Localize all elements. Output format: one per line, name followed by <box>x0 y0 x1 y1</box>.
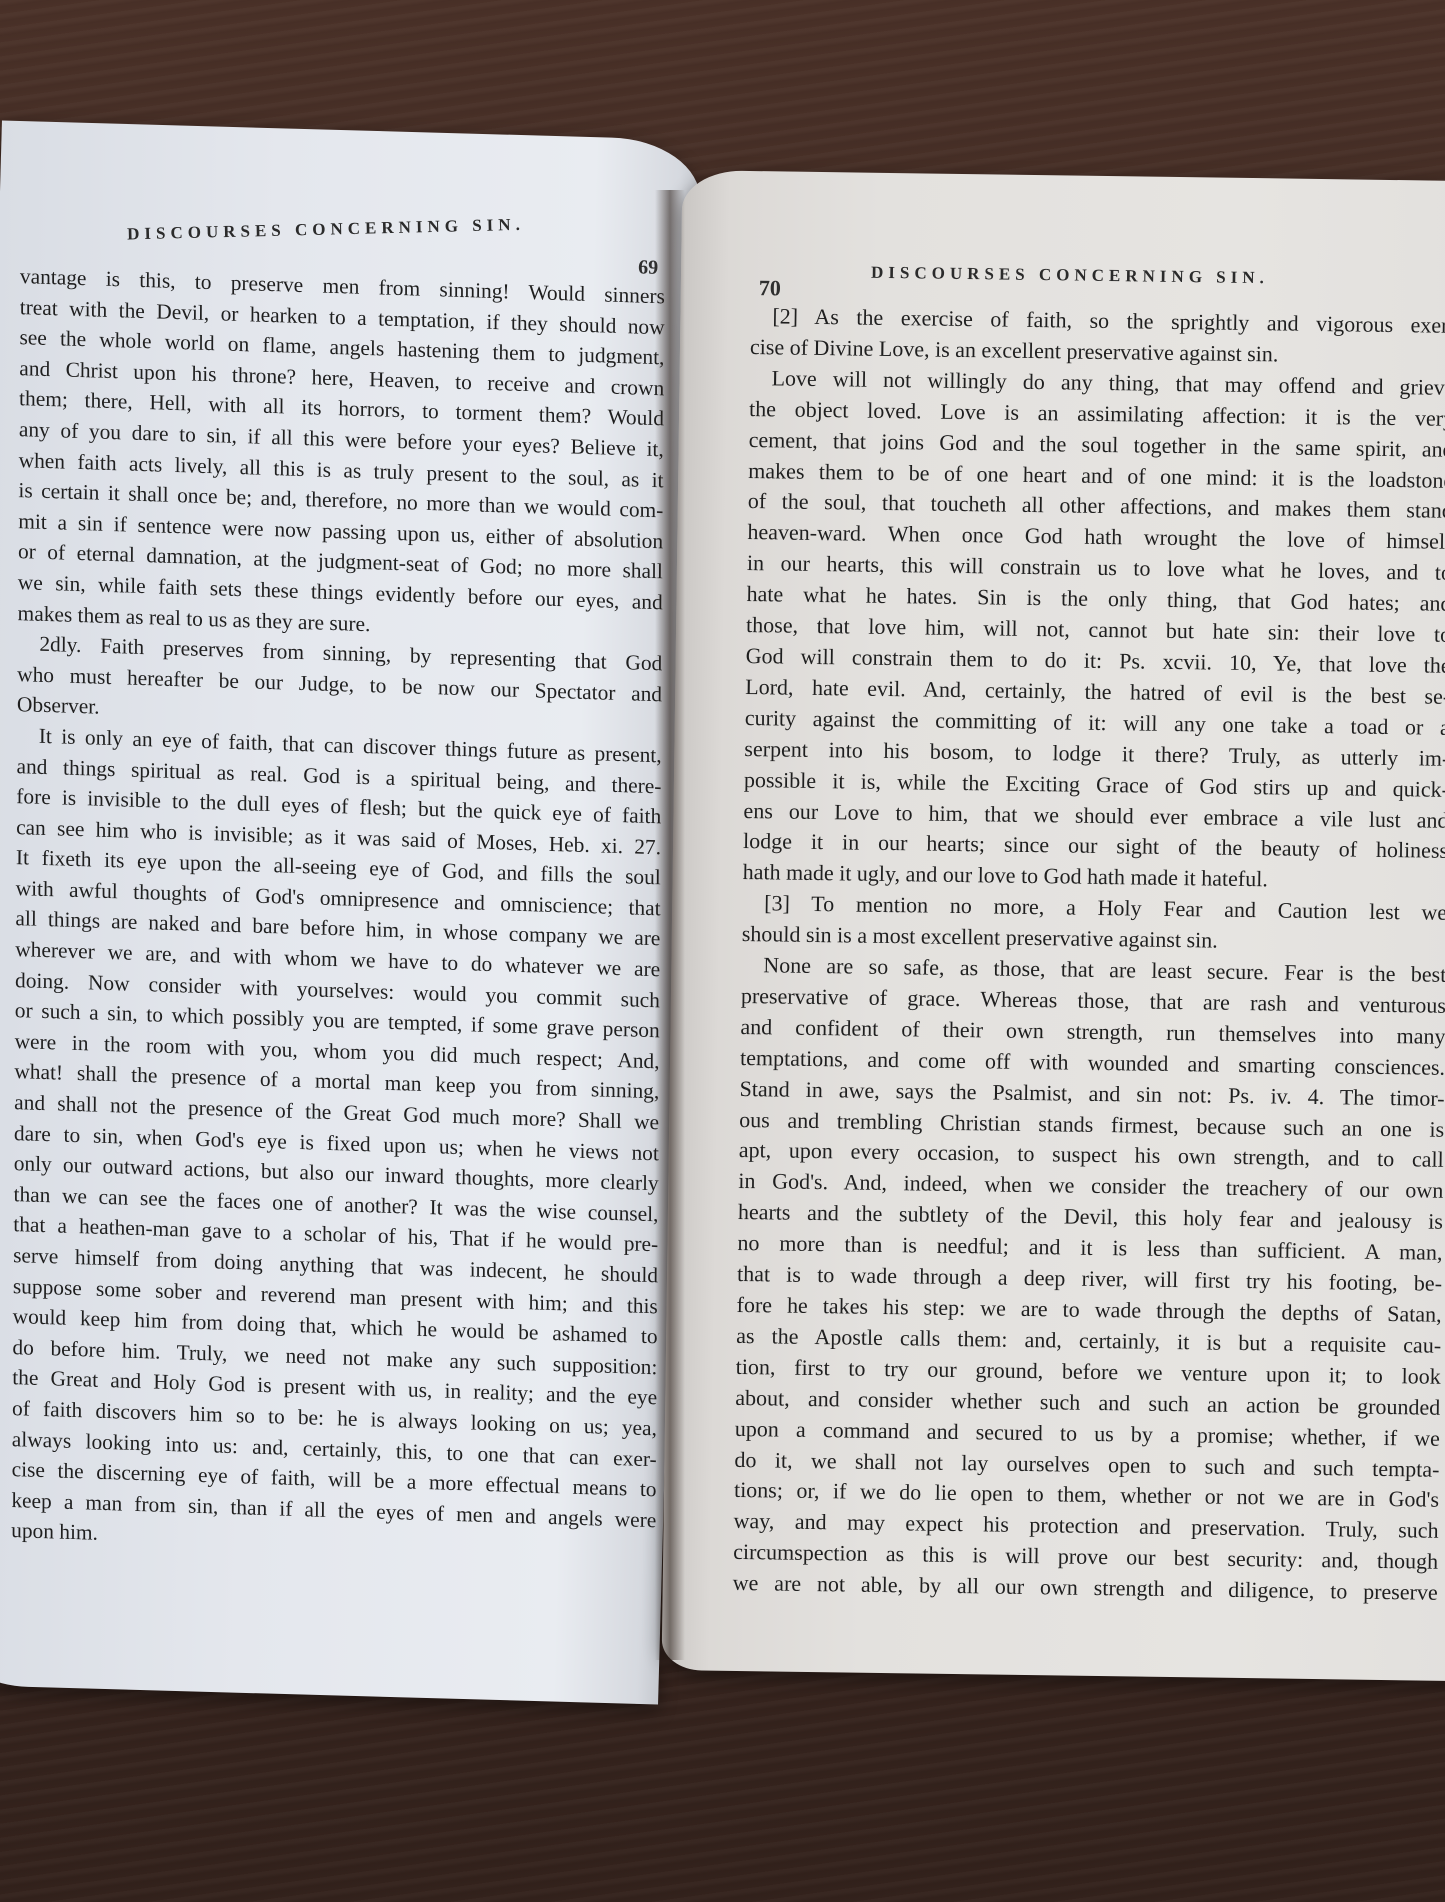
running-head-left: DISCOURSES CONCERNING SIN. <box>127 215 525 245</box>
left-page: DISCOURSES CONCERNING SIN. 69 vantage is… <box>0 121 702 1705</box>
left-page-body: vantage is this, to preserve men from si… <box>11 261 665 1566</box>
book-gutter <box>655 190 685 1660</box>
right-page-body: [2] As the exercise of faith, so the spr… <box>733 301 1445 1609</box>
right-page: 70 DISCOURSES CONCERNING SIN. [2] As the… <box>662 170 1445 1681</box>
running-head-right: DISCOURSES CONCERNING SIN. <box>871 263 1269 289</box>
page-number-right: 70 <box>759 275 781 301</box>
